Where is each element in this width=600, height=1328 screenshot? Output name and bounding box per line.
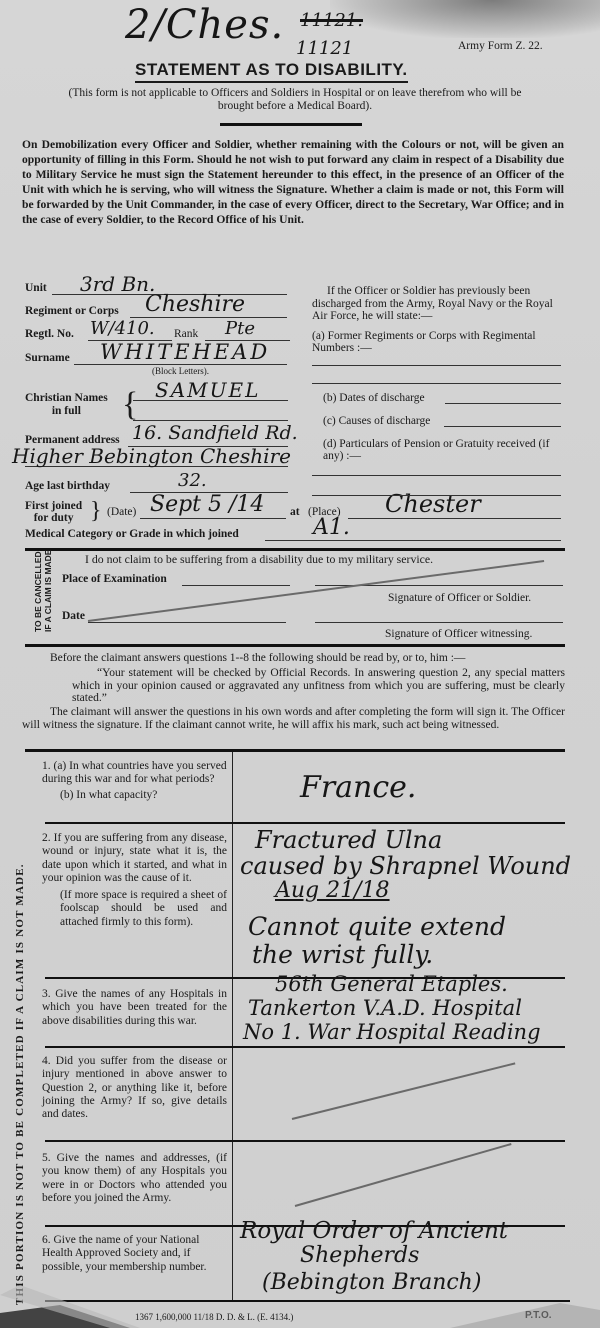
question-3: 3. Give the names of any Hospitals in wh… — [42, 988, 227, 1028]
instructions-quote: “Your statement will be checked by Offic… — [72, 667, 565, 705]
first-joined-label: First joined for duty — [25, 500, 82, 524]
army-form-number: Army Form Z. 22. — [458, 40, 543, 52]
regiment-label: Regiment or Corps — [25, 305, 119, 317]
surname-field[interactable]: WHITEHEAD — [100, 340, 270, 364]
page-title: STATEMENT AS TO DISABILITY. — [135, 60, 408, 83]
address-line-2-field[interactable]: Higher Bebington Cheshire — [12, 444, 291, 468]
handwritten-number: 11121 — [296, 38, 353, 59]
answer-6-line-1[interactable]: Royal Order of Ancient — [240, 1218, 508, 1244]
pension-label: (d) Particulars of Pension or Gratuity r… — [323, 438, 563, 462]
claim-side-label: THIS PORTION IS NOT TO BE COMPLETED IF A… — [14, 863, 26, 1305]
previous-discharge-intro: If the Officer or Soldier has previously… — [312, 285, 562, 323]
regtl-no-field[interactable]: W/410. — [90, 318, 155, 339]
cancel-side-label: TO BE CANCELLED IF A CLAIM IS MADE — [33, 550, 53, 632]
block-letters-note: (Block Letters). — [152, 366, 209, 376]
christian-names-field[interactable]: SAMUEL — [155, 378, 260, 402]
cancel-stroke — [88, 560, 544, 622]
answer-2-line-3[interactable]: Aug 21/18 — [275, 878, 390, 903]
answer-2-line-4[interactable]: Cannot quite extend — [248, 912, 506, 941]
signature-soldier-label: Signature of Officer or Soldier. — [388, 592, 531, 604]
answer-3-line-3[interactable]: No 1. War Hospital Reading — [243, 1020, 541, 1044]
regiment-field[interactable]: Cheshire — [145, 292, 245, 317]
rank-label: Rank — [174, 328, 198, 340]
question-1: 1. (a) In what countries have you served… — [42, 760, 227, 802]
question-6: 6. Give the name of your National Health… — [42, 1234, 227, 1274]
applicability-note: (This form is not applicable to Officers… — [55, 87, 535, 113]
age-label: Age last birthday — [25, 480, 110, 492]
regtl-no-label: Regtl. No. — [25, 328, 74, 340]
no-claim-statement: I do not claim to be suffering from a di… — [85, 552, 433, 567]
signature-witness-label: Signature of Officer witnessing. — [385, 628, 532, 640]
answer-2-line-2[interactable]: caused by Shrapnel Wound — [240, 852, 571, 880]
first-joined-date-field[interactable]: Sept 5 /14 — [150, 492, 264, 517]
dates-of-discharge-label: (b) Dates of discharge — [323, 392, 425, 404]
answer-5-stroke — [295, 1143, 512, 1207]
unit-label: Unit — [25, 282, 47, 294]
at-label: at — [290, 506, 300, 518]
answer-1-field[interactable]: France. — [300, 770, 416, 805]
date-label: Date — [62, 610, 85, 622]
date-label: (Date) — [107, 506, 136, 518]
former-regiments-label: (a) Former Regiments or Corps with Regim… — [312, 330, 562, 354]
brace: } — [90, 499, 102, 523]
intro-paragraph: On Demobilization every Officer and Sold… — [22, 138, 564, 227]
form-page: 2/Ches. 11121. 11121 Army Form Z. 22. ST… — [0, 0, 600, 1328]
age-field[interactable]: 32. — [178, 470, 207, 491]
answer-6-line-2[interactable]: Shepherds — [300, 1243, 419, 1268]
instructions-paragraph: The claimant will answer the questions i… — [22, 706, 565, 731]
christian-names-label: Christian Names in full — [25, 392, 108, 418]
question-2: 2. If you are suffering from any disease… — [42, 832, 227, 929]
answer-3-line-2[interactable]: Tankerton V.A.D. Hospital — [248, 996, 522, 1020]
medical-label: Medical Category or Grade in which joine… — [25, 528, 239, 540]
question-4: 4. Did you suffer from the disease or in… — [42, 1055, 227, 1121]
divider — [220, 123, 362, 126]
ink-stain — [330, 0, 600, 38]
handwritten-reference: 2/Ches. — [125, 2, 284, 48]
answer-4-stroke — [292, 1062, 516, 1120]
rank-field[interactable]: Pte — [225, 318, 255, 339]
address-line-1-field[interactable]: 16. Sandfield Rd. — [132, 422, 298, 444]
handwritten-number-struck: 11121. — [300, 10, 363, 31]
causes-of-discharge-label: (c) Causes of discharge — [323, 415, 430, 427]
medical-category-field[interactable]: A1. — [313, 515, 350, 540]
answer-2-line-5[interactable]: the wrist fully. — [252, 940, 433, 969]
surname-label: Surname — [25, 352, 70, 364]
paper-fold-shadow — [0, 1285, 600, 1328]
answer-2-line-1[interactable]: Fractured Ulna — [255, 826, 442, 854]
instructions-intro: Before the claimant answers questions 1-… — [50, 652, 465, 664]
question-5: 5. Give the names and addresses, (if you… — [42, 1152, 227, 1205]
place-of-examination-label: Place of Examination — [62, 573, 167, 585]
brace: { — [122, 388, 138, 422]
answer-3-line-1[interactable]: 56th General Etaples. — [275, 972, 508, 996]
